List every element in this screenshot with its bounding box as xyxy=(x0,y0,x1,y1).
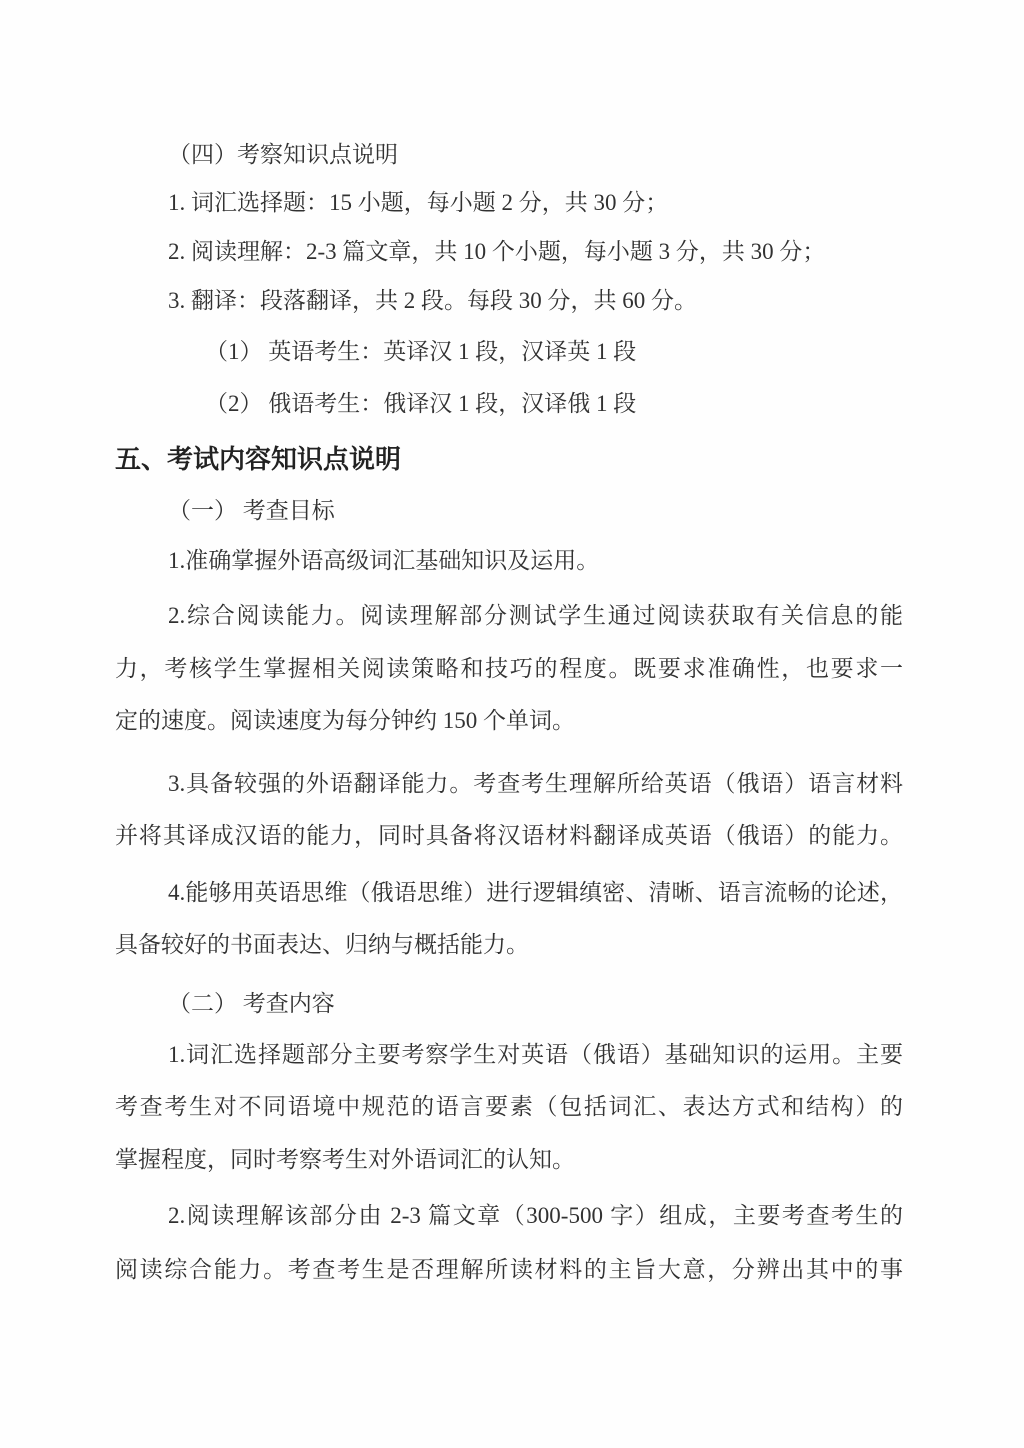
section4-item-3: 3. 翻译：段落翻译，共 2 段。每段 30 分，共 60 分。 xyxy=(115,275,903,327)
section5-heading: 五、考试内容知识点说明 xyxy=(115,433,903,485)
section4-subitem-2: （2） 俄语考生：俄译汉 1 段，汉译俄 1 段 xyxy=(115,378,903,430)
part1-goal1: 1.准确掌握外语高级词汇基础知识及运用。 xyxy=(115,535,903,587)
part1-goal3-line-1: 3.具备较强的外语翻译能力。考查考生理解所给英语（俄语）语言材料 xyxy=(115,758,903,810)
part2-title: （二） 考查内容 xyxy=(115,978,903,1030)
section4-title: （四）考察知识点说明 xyxy=(115,129,903,181)
part1-goal3-line-2: 并将其译成汉语的能力，同时具备将汉语材料翻译成英语（俄语）的能力。 xyxy=(115,810,903,862)
section4-item-2: 2. 阅读理解：2-3 篇文章，共 10 个小题，每小题 3 分，共 30 分； xyxy=(115,226,903,278)
part2-content1-line-2: 考查考生对不同语境中规范的语言要素（包括词汇、表达方式和结构）的 xyxy=(115,1081,903,1133)
part2-content1-line-1: 1.词汇选择题部分主要考察学生对英语（俄语）基础知识的运用。主要 xyxy=(115,1029,903,1081)
part1-title: （一） 考查目标 xyxy=(115,485,903,537)
part2-content2-line-2: 阅读综合能力。考查考生是否理解所读材料的主旨大意，分辨出其中的事 xyxy=(115,1244,903,1296)
part2-content2-line-1: 2.阅读理解该部分由 2-3 篇文章（300-500 字）组成，主要考查考生的 xyxy=(115,1190,903,1242)
part1-goal4-line-1: 4.能够用英语思维（俄语思维）进行逻辑缜密、清晰、语言流畅的论述， xyxy=(115,867,903,919)
part1-goal2-line-2: 力，考核学生掌握相关阅读策略和技巧的程度。既要求准确性，也要求一 xyxy=(115,643,903,695)
part1-goal2-line-1: 2.综合阅读能力。阅读理解部分测试学生通过阅读获取有关信息的能 xyxy=(115,590,903,642)
section4-subitem-1: （1） 英语考生：英译汉 1 段，汉译英 1 段 xyxy=(115,326,903,378)
part2-content1-line-3: 掌握程度，同时考察考生对外语词汇的认知。 xyxy=(115,1134,903,1186)
part1-goal4-line-2: 具备较好的书面表达、归纳与概括能力。 xyxy=(115,919,903,971)
document-page: （四）考察知识点说明 1. 词汇选择题：15 小题，每小题 2 分，共 30 分… xyxy=(0,0,1024,1448)
part1-goal2-line-3: 定的速度。阅读速度为每分钟约 150 个单词。 xyxy=(115,695,903,747)
section4-item-1: 1. 词汇选择题：15 小题，每小题 2 分，共 30 分； xyxy=(115,177,903,229)
